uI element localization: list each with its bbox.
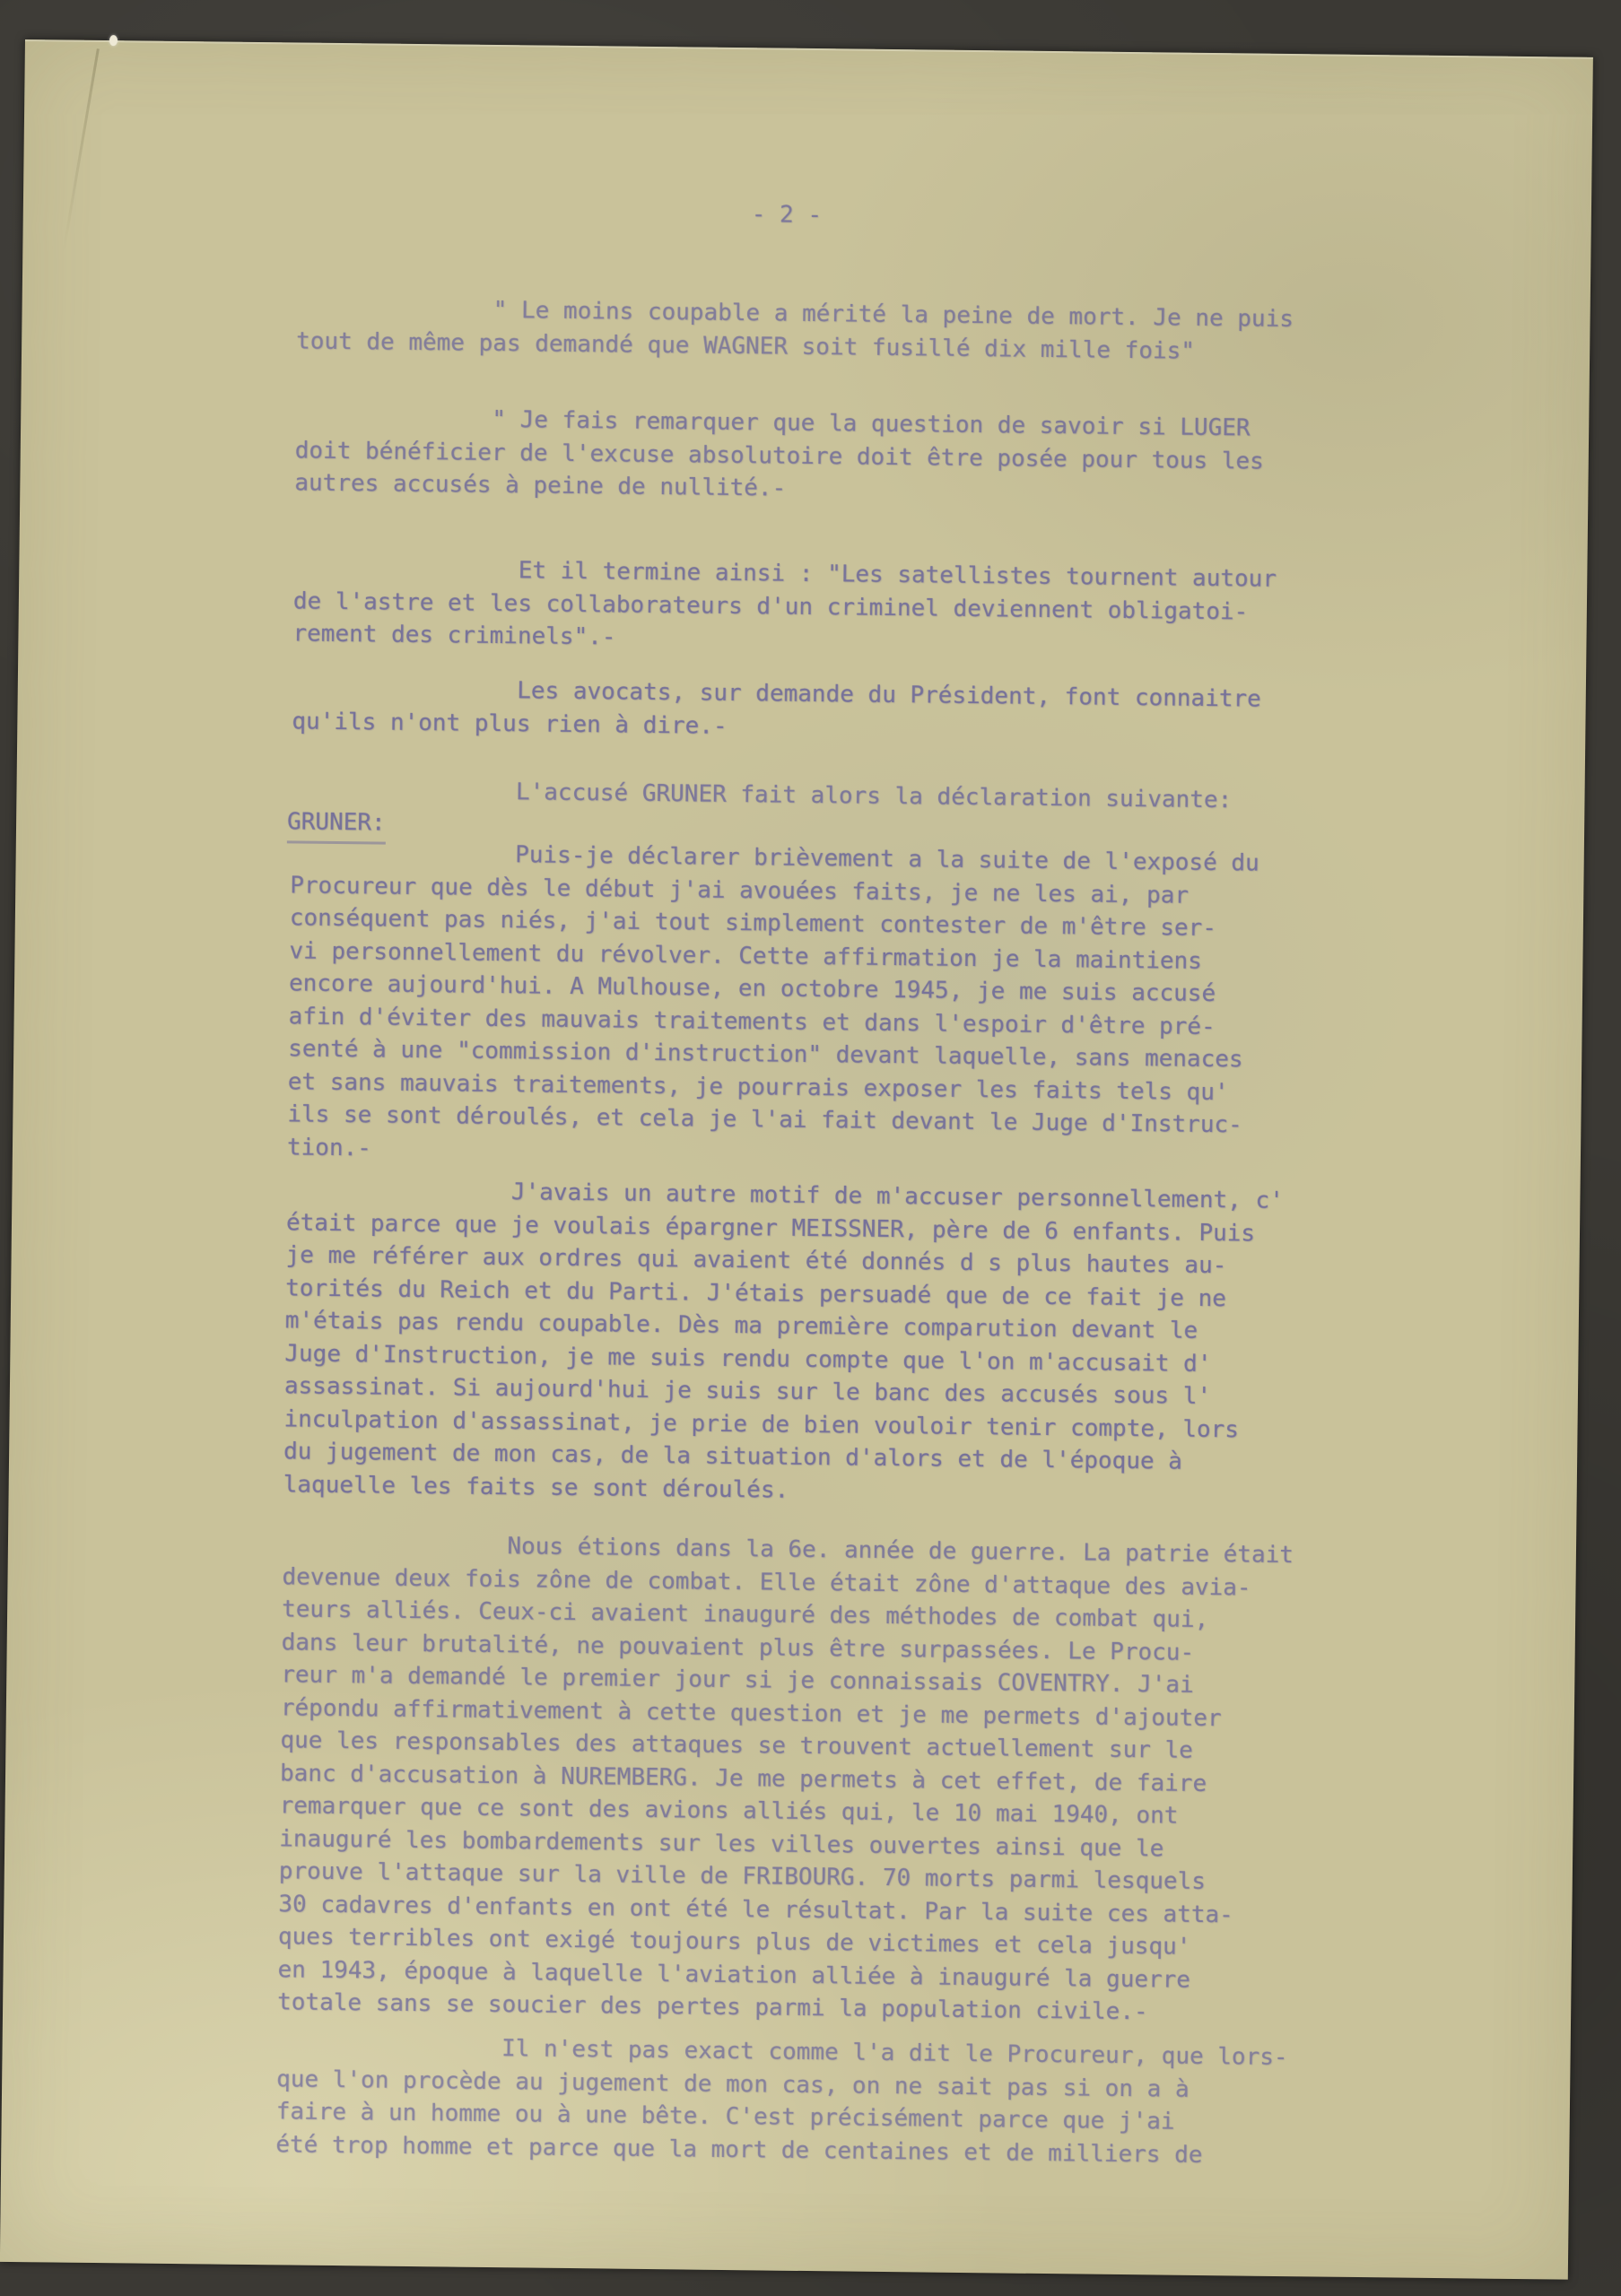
document-page: - 2 - " Le moins coupable a mérité la pe…: [0, 39, 1593, 2280]
paragraph: Nous étions dans la 6e. année de guerre.…: [277, 1527, 1294, 2030]
paragraph: Il n'est pas exact comme l'a dit le Proc…: [275, 2030, 1288, 2172]
paragraph: " Le moins coupable a mérité la peine de…: [296, 291, 1294, 369]
scan-background: - 2 - " Le moins coupable a mérité la pe…: [0, 0, 1621, 2296]
page-number: - 2 -: [752, 198, 823, 231]
paper-crease: [62, 48, 100, 252]
paragraph: " Je fais remarquer que la question de s…: [294, 401, 1264, 510]
paragraph: J'avais un autre motif de m'accuser pers…: [283, 1173, 1284, 1512]
paragraph: Puis-je déclarer brièvement a la suite d…: [287, 836, 1259, 1174]
paper-speck: [109, 35, 118, 46]
paragraph: Les avocats, sur demande du Président, f…: [292, 672, 1261, 748]
paragraph: Et il termine ainsi : "Les satellistes t…: [292, 552, 1277, 661]
paragraph: L'accusé GRUNER fait alors la déclaratio…: [291, 773, 1232, 816]
